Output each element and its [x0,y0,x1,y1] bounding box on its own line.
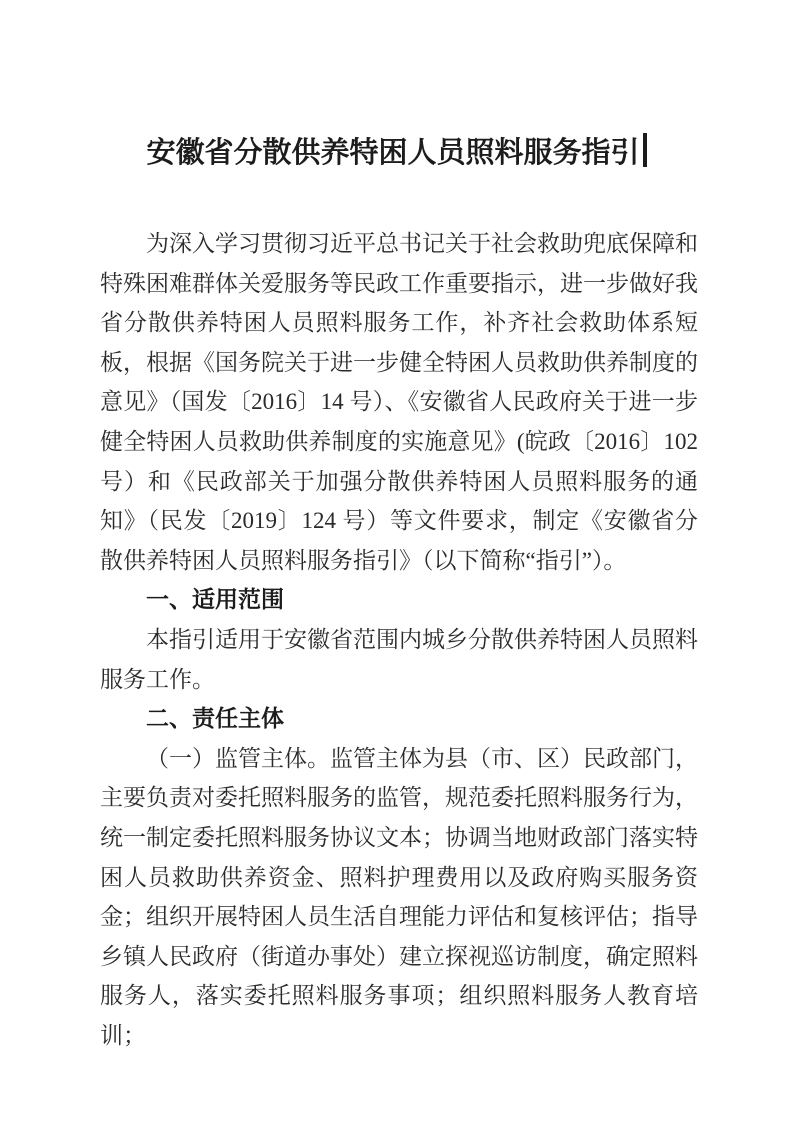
document-body: 为深入学习贯彻习近平总书记关于社会救助兜底保障和特殊困难群体关爱服务等民政工作重… [100,224,698,1055]
title-row: 安徽省分散供养特困人员照料服务指引 [0,133,793,172]
document-page: 安徽省分散供养特困人员照料服务指引 为深入学习贯彻习近平总书记关于社会救助兜底保… [0,0,793,1122]
section-heading: 一、适用范围 [100,580,698,620]
body-paragraph: （一）监管主体。监管主体为县（市、区）民政部门，主要负责对委托照料服务的监管，规… [100,739,698,1056]
text-cursor [643,133,647,167]
body-paragraph: 为深入学习贯彻习近平总书记关于社会救助兜底保障和特殊困难群体关爱服务等民政工作重… [100,224,698,580]
document-title: 安徽省分散供养特困人员照料服务指引 [146,137,639,169]
section-heading: 二、责任主体 [100,699,698,739]
body-paragraph: 本指引适用于安徽省范围内城乡分散供养特困人员照料服务工作。 [100,620,698,699]
